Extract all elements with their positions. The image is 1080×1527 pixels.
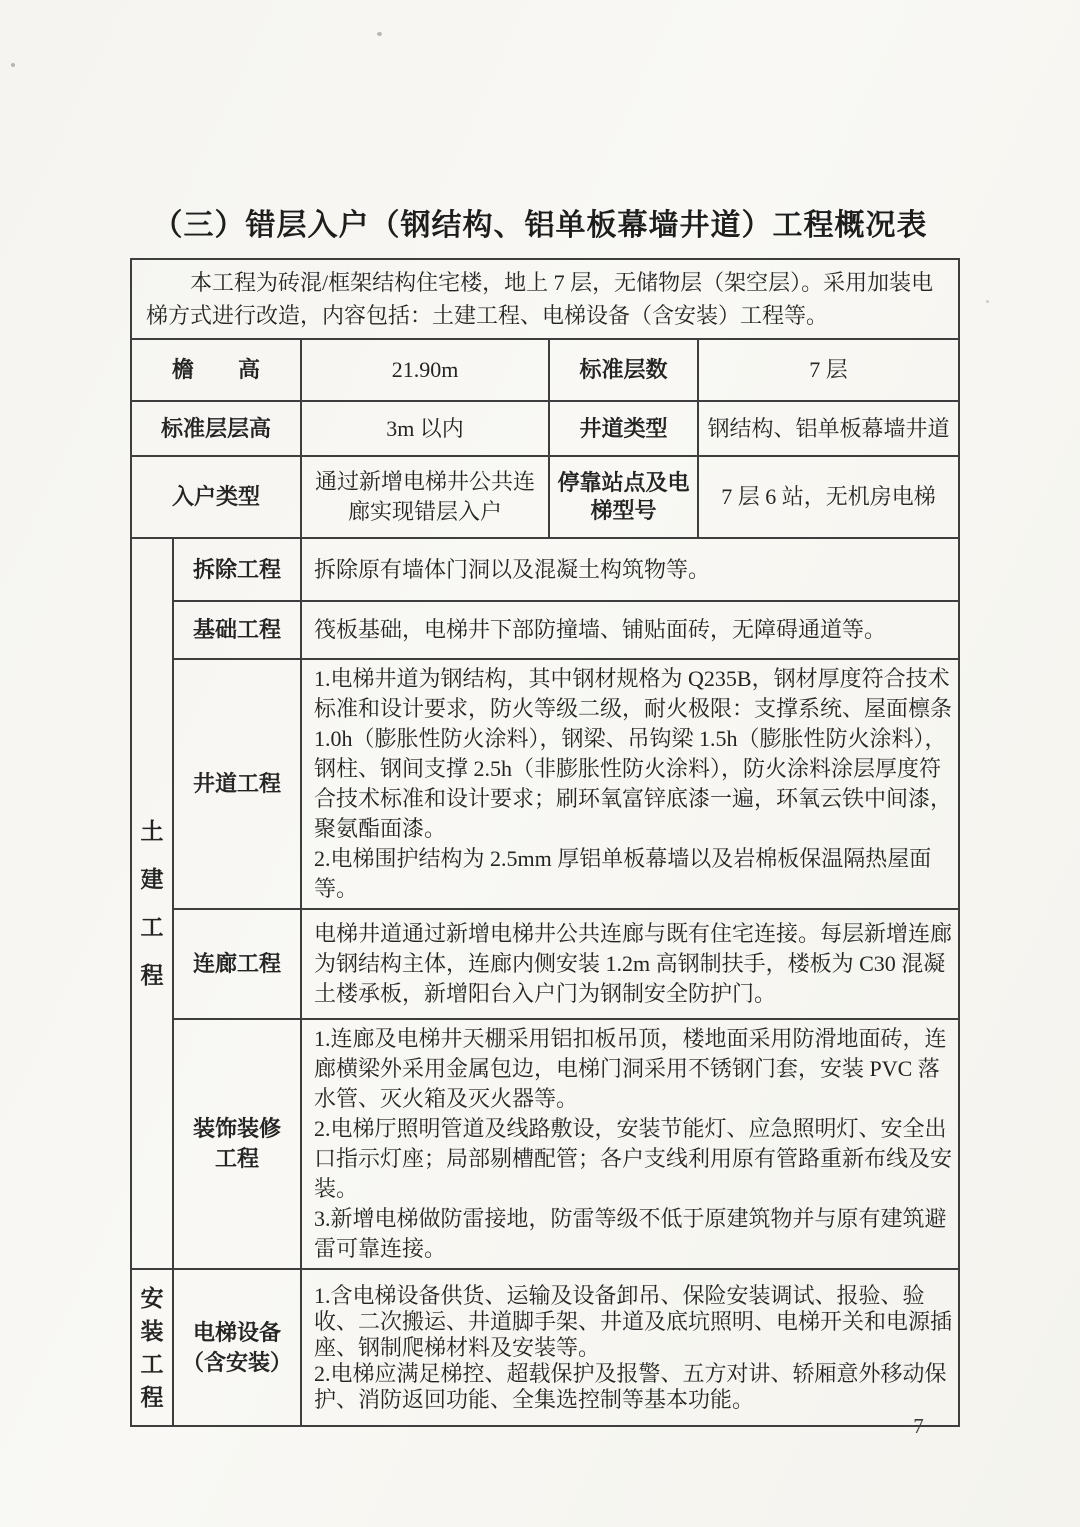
civil-content-corridor: 电梯井道通过新增电梯井公共连廊与既有住宅连接。每层新增连廊为钢结构主体，连廊内侧… [301,909,959,1019]
civil-content-foundation: 筏板基础，电梯井下部防撞墙、铺贴面砖，无障碍通道等。 [301,601,959,659]
install-row-elevator: 安装工程 电梯设备（含安装） 1.含电梯设备供货、运输及设备卸吊、保险安装调试、… [131,1269,959,1426]
civil-label-decoration-text: 装饰装修工程 [188,1114,287,1174]
project-overview-table: 本工程为砖混/框架结构住宅楼，地上 7 层，无储物层（架空层）。采用加装电梯方式… [130,258,960,1427]
spec-value-standard-floors: 7 层 [698,339,959,401]
spec-value-stops-model: 7 层 6 站，无机房电梯 [698,456,959,538]
spec-row: 标准层层高 3m 以内 井道类型 钢结构、铝单板幕墙井道 [131,401,959,456]
spec-label-entry-type: 入户类型 [131,456,301,538]
civil-label-demolition: 拆除工程 [173,538,301,601]
civil-row-demolition: 土建工程 拆除工程 拆除原有墙体门洞以及混凝土构筑物等。 [131,538,959,601]
spec-label-floor-height: 标准层层高 [131,401,301,456]
civil-label-shaft-text: 井道工程 [193,769,281,799]
group-cell-civil-works: 土建工程 [131,538,173,1269]
civil-label-foundation-text: 基础工程 [193,615,281,645]
spec-label-shaft-type: 井道类型 [549,401,698,456]
spec-row: 檐 高 21.90m 标准层数 7 层 [131,339,959,401]
intro-cell: 本工程为砖混/框架结构住宅楼，地上 7 层，无储物层（架空层）。采用加装电梯方式… [131,259,959,339]
civil-label-corridor-text: 连廊工程 [193,949,281,979]
install-content-elevator-equipment: 1.含电梯设备供货、运输及设备卸吊、保险安装调试、报验、验收、二次搬运、井道脚手… [301,1269,959,1426]
intro-text: 本工程为砖混/框架结构住宅楼，地上 7 层，无储物层（架空层）。采用加装电梯方式… [146,266,944,332]
spec-value-shaft-type: 钢结构、铝单板幕墙井道 [698,401,959,456]
install-label-elevator-equipment: 电梯设备（含安装） [173,1269,301,1426]
civil-row-decoration: 装饰装修工程 1.连廊及电梯井天棚采用铝扣板吊顶，楼地面采用防滑地面砖，连廊横梁… [131,1019,959,1269]
scan-artifact [377,32,382,36]
spec-value-entry-type: 通过新增电梯井公共连廊实现错层入户 [301,456,549,538]
civil-label-demolition-text: 拆除工程 [193,555,281,585]
document-page: （三）错层入户（钢结构、铝单板幕墙井道）工程概况表 本工程为砖混/框架结构住宅楼… [0,0,1080,1527]
scan-artifact [11,63,15,67]
page-title: （三）错层入户（钢结构、铝单板幕墙井道）工程概况表 [0,200,1080,244]
civil-label-shaft: 井道工程 [173,659,301,909]
spec-label-standard-floors: 标准层数 [549,339,698,401]
group-label-civil-works: 土建工程 [139,808,164,1000]
spec-row: 入户类型 通过新增电梯井公共连廊实现错层入户 停靠站点及电梯型号 7 层 6 站… [131,456,959,538]
spec-value-floor-height: 3m 以内 [301,401,549,456]
spec-label-eave-height: 檐 高 [131,339,301,401]
civil-label-decoration: 装饰装修工程 [173,1019,301,1269]
civil-content-shaft: 1.电梯井道为钢结构，其中钢材规格为 Q235B，钢材厚度符合技术标准和设计要求… [301,659,959,909]
page-number: － 7 － [883,1410,956,1440]
civil-content-demolition: 拆除原有墙体门洞以及混凝土构筑物等。 [301,538,959,601]
civil-row-shaft: 井道工程 1.电梯井道为钢结构，其中钢材规格为 Q235B，钢材厚度符合技术标准… [131,659,959,909]
civil-row-foundation: 基础工程 筏板基础，电梯井下部防撞墙、铺贴面砖，无障碍通道等。 [131,601,959,659]
civil-content-decoration: 1.连廊及电梯井天棚采用铝扣板吊顶，楼地面采用防滑地面砖，连廊横梁外采用金属包边… [301,1019,959,1269]
intro-row: 本工程为砖混/框架结构住宅楼，地上 7 层，无储物层（架空层）。采用加装电梯方式… [131,259,959,339]
spec-value-eave-height: 21.90m [301,339,549,401]
civil-label-corridor: 连廊工程 [173,909,301,1019]
group-label-installation-works: 安装工程 [139,1282,164,1414]
scan-artifact [986,300,989,303]
civil-row-corridor: 连廊工程 电梯井道通过新增电梯井公共连廊与既有住宅连接。每层新增连廊为钢结构主体… [131,909,959,1019]
spec-label-stops-model: 停靠站点及电梯型号 [549,456,698,538]
group-cell-installation-works: 安装工程 [131,1269,173,1426]
civil-label-foundation: 基础工程 [173,601,301,659]
